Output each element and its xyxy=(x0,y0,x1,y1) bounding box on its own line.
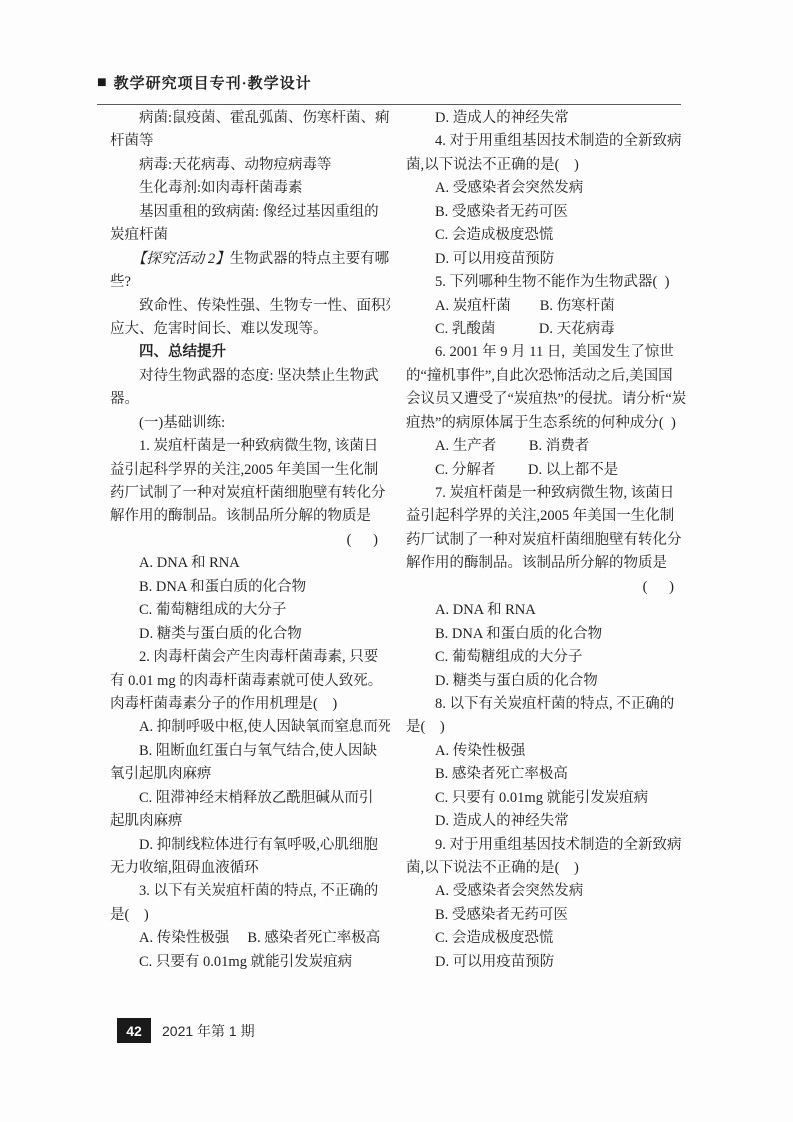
text-line: 疽热”的病原体属于生态系统的何种成分( ) xyxy=(406,412,686,435)
text-line: 起肌肉麻痹 xyxy=(110,810,390,833)
text-line: B. 受感染者无药可医 xyxy=(406,904,686,927)
text-line: 应大、危害时间长、难以发现等。 xyxy=(110,318,390,341)
text-line: 6. 2001 年 9 月 11 日, 美国发生了惊世 xyxy=(406,341,686,364)
text-line: C. 只要有 0.01mg 就能引发炭疽病 xyxy=(406,787,686,810)
text-line: 药厂试制了一种对炭疽杆菌细胞壁有转化分 xyxy=(406,529,686,552)
text-line: 解作用的酶制品。该制品所分解的物质是 xyxy=(110,505,390,528)
text-line: C. 葡萄糖组成的大分子 xyxy=(406,646,686,669)
text-line: ( ) xyxy=(110,529,390,552)
text-line: D. 造成人的神经失常 xyxy=(406,810,686,833)
text-line: C. 会造成极度恐慌 xyxy=(406,224,686,247)
text-line: A. DNA 和 RNA xyxy=(406,599,686,622)
text-line: 药厂试制了一种对炭疽杆菌细胞壁有转化分 xyxy=(110,482,390,505)
text-line: 7. 炭疽杆菌是一种致病微生物, 该菌日 xyxy=(406,482,686,505)
page-number-badge: 42 xyxy=(117,1018,151,1043)
text-line: 【探究活动 2】生物武器的特点主要有哪 xyxy=(110,248,390,271)
page-footer: 42 2021 年第 1 期 xyxy=(117,1018,255,1043)
text-line: A. 传染性极强 xyxy=(406,740,686,763)
text-line: 生化毒剂:如肉毒杆菌毒素 xyxy=(110,177,390,200)
text-line: B. 阻断血红蛋白与氧气结合,使人因缺 xyxy=(110,740,390,763)
text-line: 会议员又遭受了“炭疽热”的侵扰。请分析“炭 xyxy=(406,388,686,411)
text-line: 有 0.01 mg 的肉毒杆菌毒素就可使人致死。 xyxy=(110,670,390,693)
text-line: B. 受感染者无药可医 xyxy=(406,201,686,224)
text-line: 肉毒杆菌毒素分子的作用机理是( ) xyxy=(110,693,390,716)
text-line: 益引起科学界的关注,2005 年美国一生化制 xyxy=(110,459,390,482)
journal-page: ■ 教学研究项目专刊·教学设计 病菌:鼠疫菌、霍乱弧菌、伤寒杆菌、痢疾杆菌等 病… xyxy=(0,0,793,1122)
text-line: (一)基础训练: xyxy=(110,412,390,435)
text-line: 对待生物武器的态度: 坚决禁止生物武 xyxy=(110,365,390,388)
text-line: B. 感染者死亡率极高 xyxy=(406,763,686,786)
text-line: 是( ) xyxy=(110,904,390,927)
right-column: D. 造成人的神经失常 4. 对于用重组基因技术制造的全新致病菌,以下说法不正确… xyxy=(406,107,686,974)
text-line: 病菌:鼠疫菌、霍乱弧菌、伤寒杆菌、痢疾 xyxy=(110,107,390,130)
text-line: 无力收缩,阻碍血液循环 xyxy=(110,857,390,880)
text-line: B. DNA 和蛋白质的化合物 xyxy=(110,576,390,599)
text-line: C. 葡萄糖组成的大分子 xyxy=(110,599,390,622)
text-line: A. 炭疽杆菌 B. 伤寒杆菌 xyxy=(406,295,686,318)
issue-label: 2021 年第 1 期 xyxy=(162,1021,255,1041)
text-line: 菌,以下说法不正确的是( ) xyxy=(406,857,686,880)
text-line: A. 受感染者会突然发病 xyxy=(406,880,686,903)
section-marker-icon: ■ xyxy=(97,76,107,90)
text-line: 解作用的酶制品。该制品所分解的物质是 xyxy=(406,552,686,575)
text-line: 氧引起肌肉麻痹 xyxy=(110,763,390,786)
activity-label: 【探究活动 2】 xyxy=(139,251,230,267)
text-line: B. DNA 和蛋白质的化合物 xyxy=(406,623,686,646)
text-line: 9. 对于用重组基因技术制造的全新致病 xyxy=(406,834,686,857)
text-line: 器。 xyxy=(110,388,390,411)
text-line: C. 乳酸菌 D. 天花病毒 xyxy=(406,318,686,341)
text-line: 2. 肉毒杆菌会产生肉毒杆菌毒素, 只要 xyxy=(110,646,390,669)
left-column: 病菌:鼠疫菌、霍乱弧菌、伤寒杆菌、痢疾杆菌等 病毒:天花病毒、动物痘病毒等 生化… xyxy=(110,107,390,974)
text-line: A. 传染性极强 B. 感染者死亡率极高 xyxy=(110,927,390,950)
text-line: C. 只要有 0.01mg 就能引发炭疽病 xyxy=(110,951,390,974)
page-header: ■ 教学研究项目专刊·教学设计 xyxy=(97,72,681,105)
text-line: 些? xyxy=(110,271,390,294)
text-line: 基因重租的致病菌: 像经过基因重组的 xyxy=(110,201,390,224)
text-line: 病毒:天花病毒、动物痘病毒等 xyxy=(110,154,390,177)
text-line: 1. 炭疽杆菌是一种致病微生物, 该菌日 xyxy=(110,435,390,458)
text-line: A. 抑制呼吸中枢,使人因缺氧而窒息而死 xyxy=(110,716,390,739)
text-line: C. 分解者 D. 以上都不是 xyxy=(406,459,686,482)
text-line: 5. 下列哪种生物不能作为生物武器( ) xyxy=(406,271,686,294)
text-line: D. 造成人的神经失常 xyxy=(406,107,686,130)
text-line: 炭疽杆菌 xyxy=(110,224,390,247)
text-line: C. 会造成极度恐慌 xyxy=(406,927,686,950)
text-line: 益引起科学界的关注,2005 年美国一生化制 xyxy=(406,505,686,528)
text-line: 8. 以下有关炭疽杆菌的特点, 不正确的 xyxy=(406,693,686,716)
journal-section-title: 教学研究项目专刊·教学设计 xyxy=(114,72,312,93)
text-line: 杆菌等 xyxy=(110,130,390,153)
text-line: 四、总结提升 xyxy=(110,341,390,364)
text-line: D. 抑制线粒体进行有氧呼吸,心肌细胞 xyxy=(110,834,390,857)
text-line: D. 糖类与蛋白质的化合物 xyxy=(110,623,390,646)
text-line: A. 受感染者会突然发病 xyxy=(406,177,686,200)
text-line: A. DNA 和 RNA xyxy=(110,552,390,575)
page-content: 病菌:鼠疫菌、霍乱弧菌、伤寒杆菌、痢疾杆菌等 病毒:天花病毒、动物痘病毒等 生化… xyxy=(110,107,686,974)
text-line: D. 可以用疫苗预防 xyxy=(406,248,686,271)
text-line: 的“撞机事件”,自此次恐怖活动之后,美国国 xyxy=(406,365,686,388)
text-line: 菌,以下说法不正确的是( ) xyxy=(406,154,686,177)
text-line: 是( ) xyxy=(406,716,686,739)
text-line: 4. 对于用重组基因技术制造的全新致病 xyxy=(406,130,686,153)
text-line: D. 糖类与蛋白质的化合物 xyxy=(406,670,686,693)
text-line: 致命性、传染性强、生物专一性、面积效 xyxy=(110,295,390,318)
text-line: D. 可以用疫苗预防 xyxy=(406,951,686,974)
text-line: A. 生产者 B. 消费者 xyxy=(406,435,686,458)
text-line: 3. 以下有关炭疽杆菌的特点, 不正确的 xyxy=(110,880,390,903)
text-line: ( ) xyxy=(406,576,686,599)
text-line: C. 阻滞神经末梢释放乙酰胆碱从而引 xyxy=(110,787,390,810)
